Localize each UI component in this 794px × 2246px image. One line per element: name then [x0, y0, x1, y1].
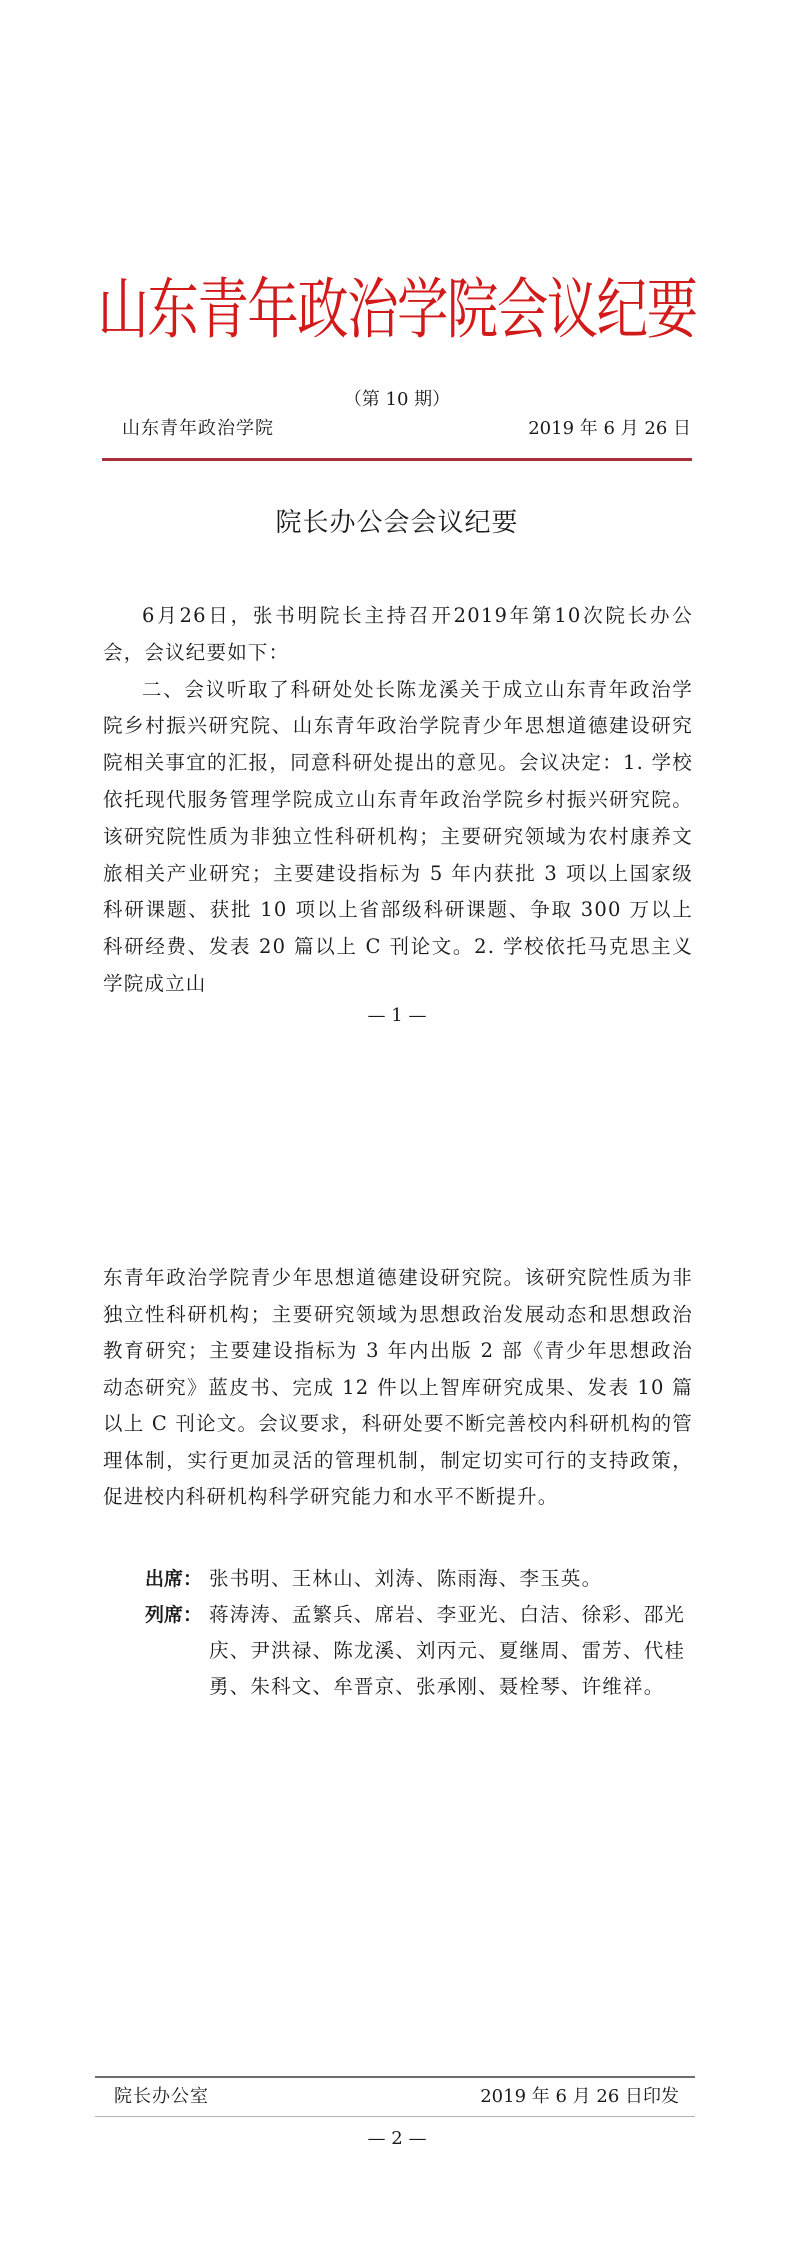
red-divider — [102, 458, 692, 461]
footer-issuer: 院长办公室 — [114, 2084, 209, 2110]
issue-number: （第 10 期） — [0, 389, 794, 411]
masthead-title: 山东青年政治学院会议纪要 — [87, 270, 706, 350]
attendance-list: 出席： 张书明、王林山、刘涛、陈雨海、李玉英。 列席： 蒋涛涛、孟繁兵、席岩、李… — [145, 1561, 705, 1705]
document-title: 院长办公会会议纪要 — [0, 506, 794, 540]
footer-print-date: 2019 年 6 月 26 日印发 — [480, 2084, 679, 2110]
observers-row: 列席： 蒋涛涛、孟繁兵、席岩、李亚光、白洁、徐彩、邵光庆、尹洪禄、陈龙溪、刘丙元… — [145, 1597, 705, 1705]
opening-paragraph: 6月26日，张书明院长主持召开2019年第10次院长办公会，会议纪要如下： — [103, 598, 693, 672]
resolution-paragraph: 二、会议听取了科研处处长陈龙溪关于成立山东青年政治学院乡村振兴研究院、山东青年政… — [103, 672, 693, 1003]
footer-bottom-rule — [95, 2116, 695, 2117]
meeting-date: 2019 年 6 月 26 日 — [528, 417, 691, 441]
observers-names: 蒋涛涛、孟繁兵、席岩、李亚光、白洁、徐彩、邵光庆、尹洪禄、陈龙溪、刘丙元、夏继周… — [209, 1597, 705, 1705]
present-label: 出席： — [145, 1561, 209, 1597]
continued-paragraph: 东青年政治学院青少年思想道德建设研究院。该研究院性质为非独立性科研机构；主要研究… — [103, 1260, 693, 1516]
present-names: 张书明、王林山、刘涛、陈雨海、李玉英。 — [209, 1561, 705, 1597]
page2-body: 东青年政治学院青少年思想道德建设研究院。该研究院性质为非独立性科研机构；主要研究… — [103, 1260, 693, 1516]
observers-label: 列席： — [145, 1597, 209, 1705]
page1-body: 6月26日，张书明院长主持召开2019年第10次院长办公会，会议纪要如下： 二、… — [103, 598, 693, 1003]
footer-top-rule — [95, 2076, 695, 2078]
page-number-2: — 2 — — [0, 2128, 794, 2150]
issuing-organization: 山东青年政治学院 — [122, 417, 274, 441]
page-number-1: — 1 — — [0, 1005, 794, 1027]
present-row: 出席： 张书明、王林山、刘涛、陈雨海、李玉英。 — [145, 1561, 705, 1597]
